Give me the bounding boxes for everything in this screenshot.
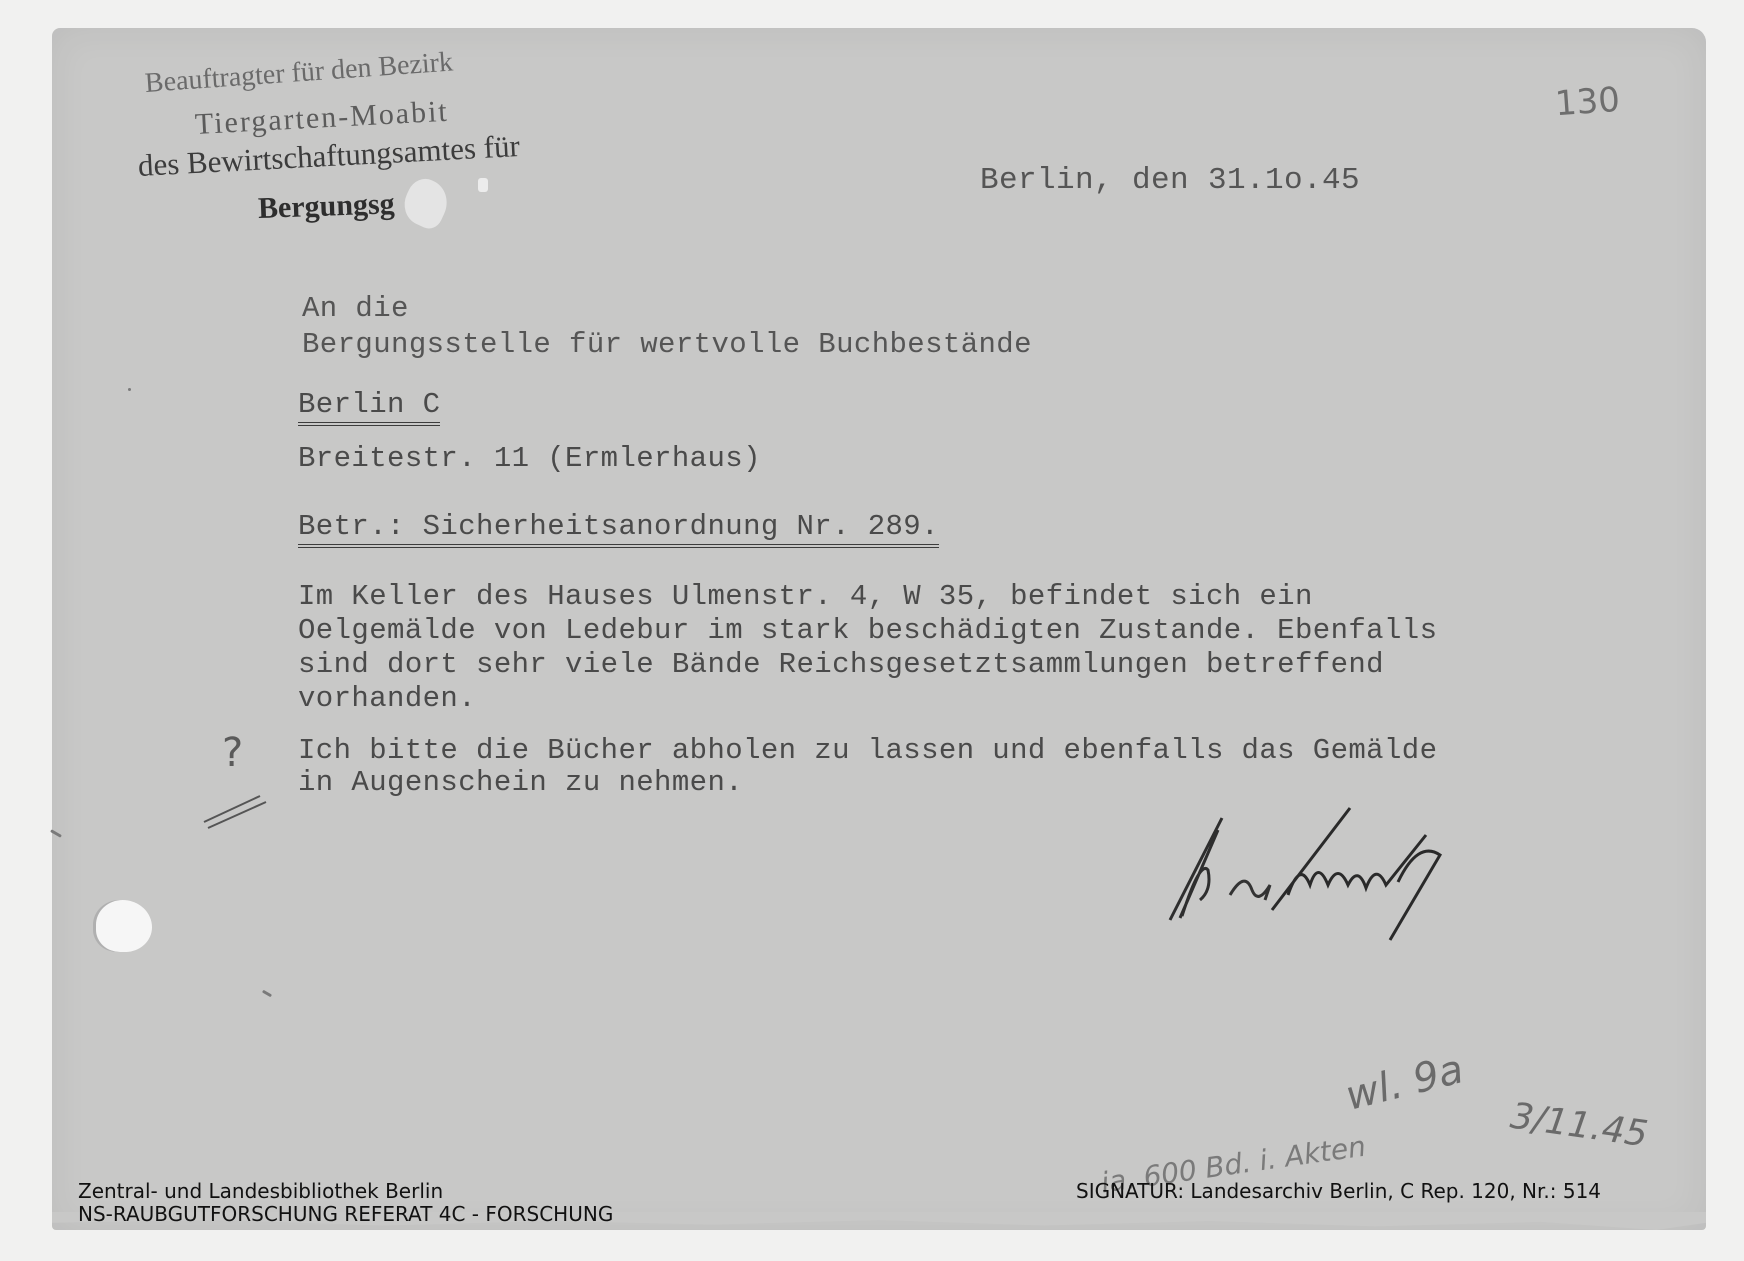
subject-line: Betr.: Sicherheitsanordnung Nr. 289.: [298, 510, 939, 548]
double-strike-mark: [200, 790, 270, 830]
recipient-line-2: Bergungsstelle für wertvolle Buchbeständ…: [302, 328, 1032, 361]
footer-left: Zentral- und Landesbibliothek Berlin NS-…: [78, 1180, 613, 1226]
body-line: sind dort sehr viele Bände Reichsgesetzt…: [298, 648, 1384, 681]
footer-department: NS-RAUBGUTFORSCHUNG REFERAT 4C - FORSCHU…: [78, 1203, 613, 1226]
body-line: Oelgemälde von Ledebur im stark beschädi…: [298, 614, 1437, 647]
punch-hole: [96, 900, 152, 952]
signature: [1160, 800, 1460, 950]
footer-signature-ref: SIGNATUR: Landesarchiv Berlin, C Rep. 12…: [1076, 1180, 1601, 1203]
body-line: Im Keller des Hauses Ulmenstr. 4, W 35, …: [298, 580, 1313, 613]
body-line: Ich bitte die Bücher abholen zu lassen u…: [298, 734, 1437, 767]
recipient-line-1: An die: [302, 292, 409, 325]
footer-institution: Zentral- und Landesbibliothek Berlin: [78, 1180, 613, 1203]
stamp-line-4: Bergungsg: [257, 187, 395, 226]
body-line: in Augenschein zu nehmen.: [298, 766, 743, 799]
paper-damage: [478, 178, 488, 192]
recipient-city: Berlin C: [298, 388, 440, 426]
margin-question-mark: ?: [222, 730, 243, 776]
folio-number: 130: [1554, 80, 1622, 124]
speck: [128, 388, 131, 391]
place-date: Berlin, den 31.1o.45: [980, 163, 1360, 198]
body-line: vorhanden.: [298, 682, 476, 715]
recipient-street: Breitestr. 11 (Ermlerhaus): [298, 442, 761, 475]
